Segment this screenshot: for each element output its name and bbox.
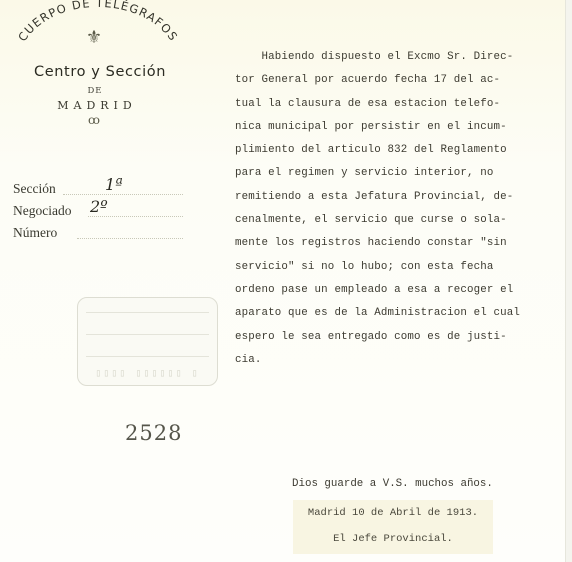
body-line: tual la clausura de esa estacion telefo- — [235, 93, 571, 116]
body-line: tor General por acuerdo fecha 17 del ac- — [235, 69, 571, 92]
body-line: para el regimen y servicio interior, no — [235, 162, 571, 185]
de-label: DE — [0, 86, 190, 96]
stamp-rule — [86, 312, 209, 313]
page-edge — [565, 0, 572, 562]
body-line: Habiendo dispuesto el Excmo Sr. Direc- — [235, 46, 571, 69]
closing-salutation: Dios guarde a V.S. muchos años. — [292, 478, 493, 490]
field-label: Sección — [13, 181, 56, 197]
stamp-rule — [86, 356, 209, 357]
signature-block: Madrid 10 de Abril de 1913. El Jefe Prov… — [293, 500, 493, 554]
reference-number: 2528 — [125, 421, 182, 445]
field-label: Número — [13, 225, 57, 241]
body-line: mente los registros haciendo constar "si… — [235, 232, 571, 255]
scroll-ornament-icon: ꝏ — [84, 113, 104, 127]
document-page: CUERPO DE TELÉGRAFOS ⚜ Centro y Sección … — [0, 0, 566, 562]
signatory-title: El Jefe Provincial. — [293, 533, 493, 545]
fleur-de-lis-icon: ⚜ — [84, 27, 104, 48]
dotted-line — [63, 193, 183, 195]
body-line: remitiendo a esta Jefatura Provincial, d… — [235, 186, 571, 209]
field-value: 2º — [90, 197, 108, 216]
faded-stamp: ▯▯▯▯ ▯▯▯▯▯▯ ▯ — [77, 297, 218, 386]
centro-seccion-title: Centro y Sección — [0, 64, 200, 80]
body-line: nica municipal por persistir en el incum… — [235, 116, 571, 139]
body-line: espero le sea entregado como es de justi… — [235, 326, 571, 349]
stamp-rule — [86, 334, 209, 335]
reference-fields: Sección 1ª Negociado 2º Número — [13, 181, 183, 247]
body-line: cia. — [235, 349, 571, 372]
letterhead: CUERPO DE TELÉGRAFOS ⚜ Centro y Sección … — [0, 0, 200, 140]
field-numero: Número — [13, 225, 183, 247]
letter-body: Habiendo dispuesto el Excmo Sr. Direc- t… — [235, 46, 571, 372]
place-date: Madrid 10 de Abril de 1913. — [293, 507, 493, 519]
field-negociado: Negociado 2º — [13, 203, 183, 225]
field-label: Negociado — [13, 203, 71, 219]
field-value: 1ª — [105, 175, 123, 194]
body-line: plimiento del articulo 832 del Reglament… — [235, 139, 571, 162]
city-title: MADRID — [0, 99, 194, 112]
stamp-text: ▯▯▯▯ ▯▯▯▯▯▯ ▯ — [84, 368, 211, 379]
body-line: cenalmente, el servicio que curse o sola… — [235, 209, 571, 232]
body-line: servicio" si no lo hubo; con esta fecha — [235, 256, 571, 279]
body-line: ordeno pase un empleado a esa a recoger … — [235, 279, 571, 302]
body-line: aparato que es de la Administracion el c… — [235, 302, 571, 325]
dotted-line — [77, 237, 183, 239]
